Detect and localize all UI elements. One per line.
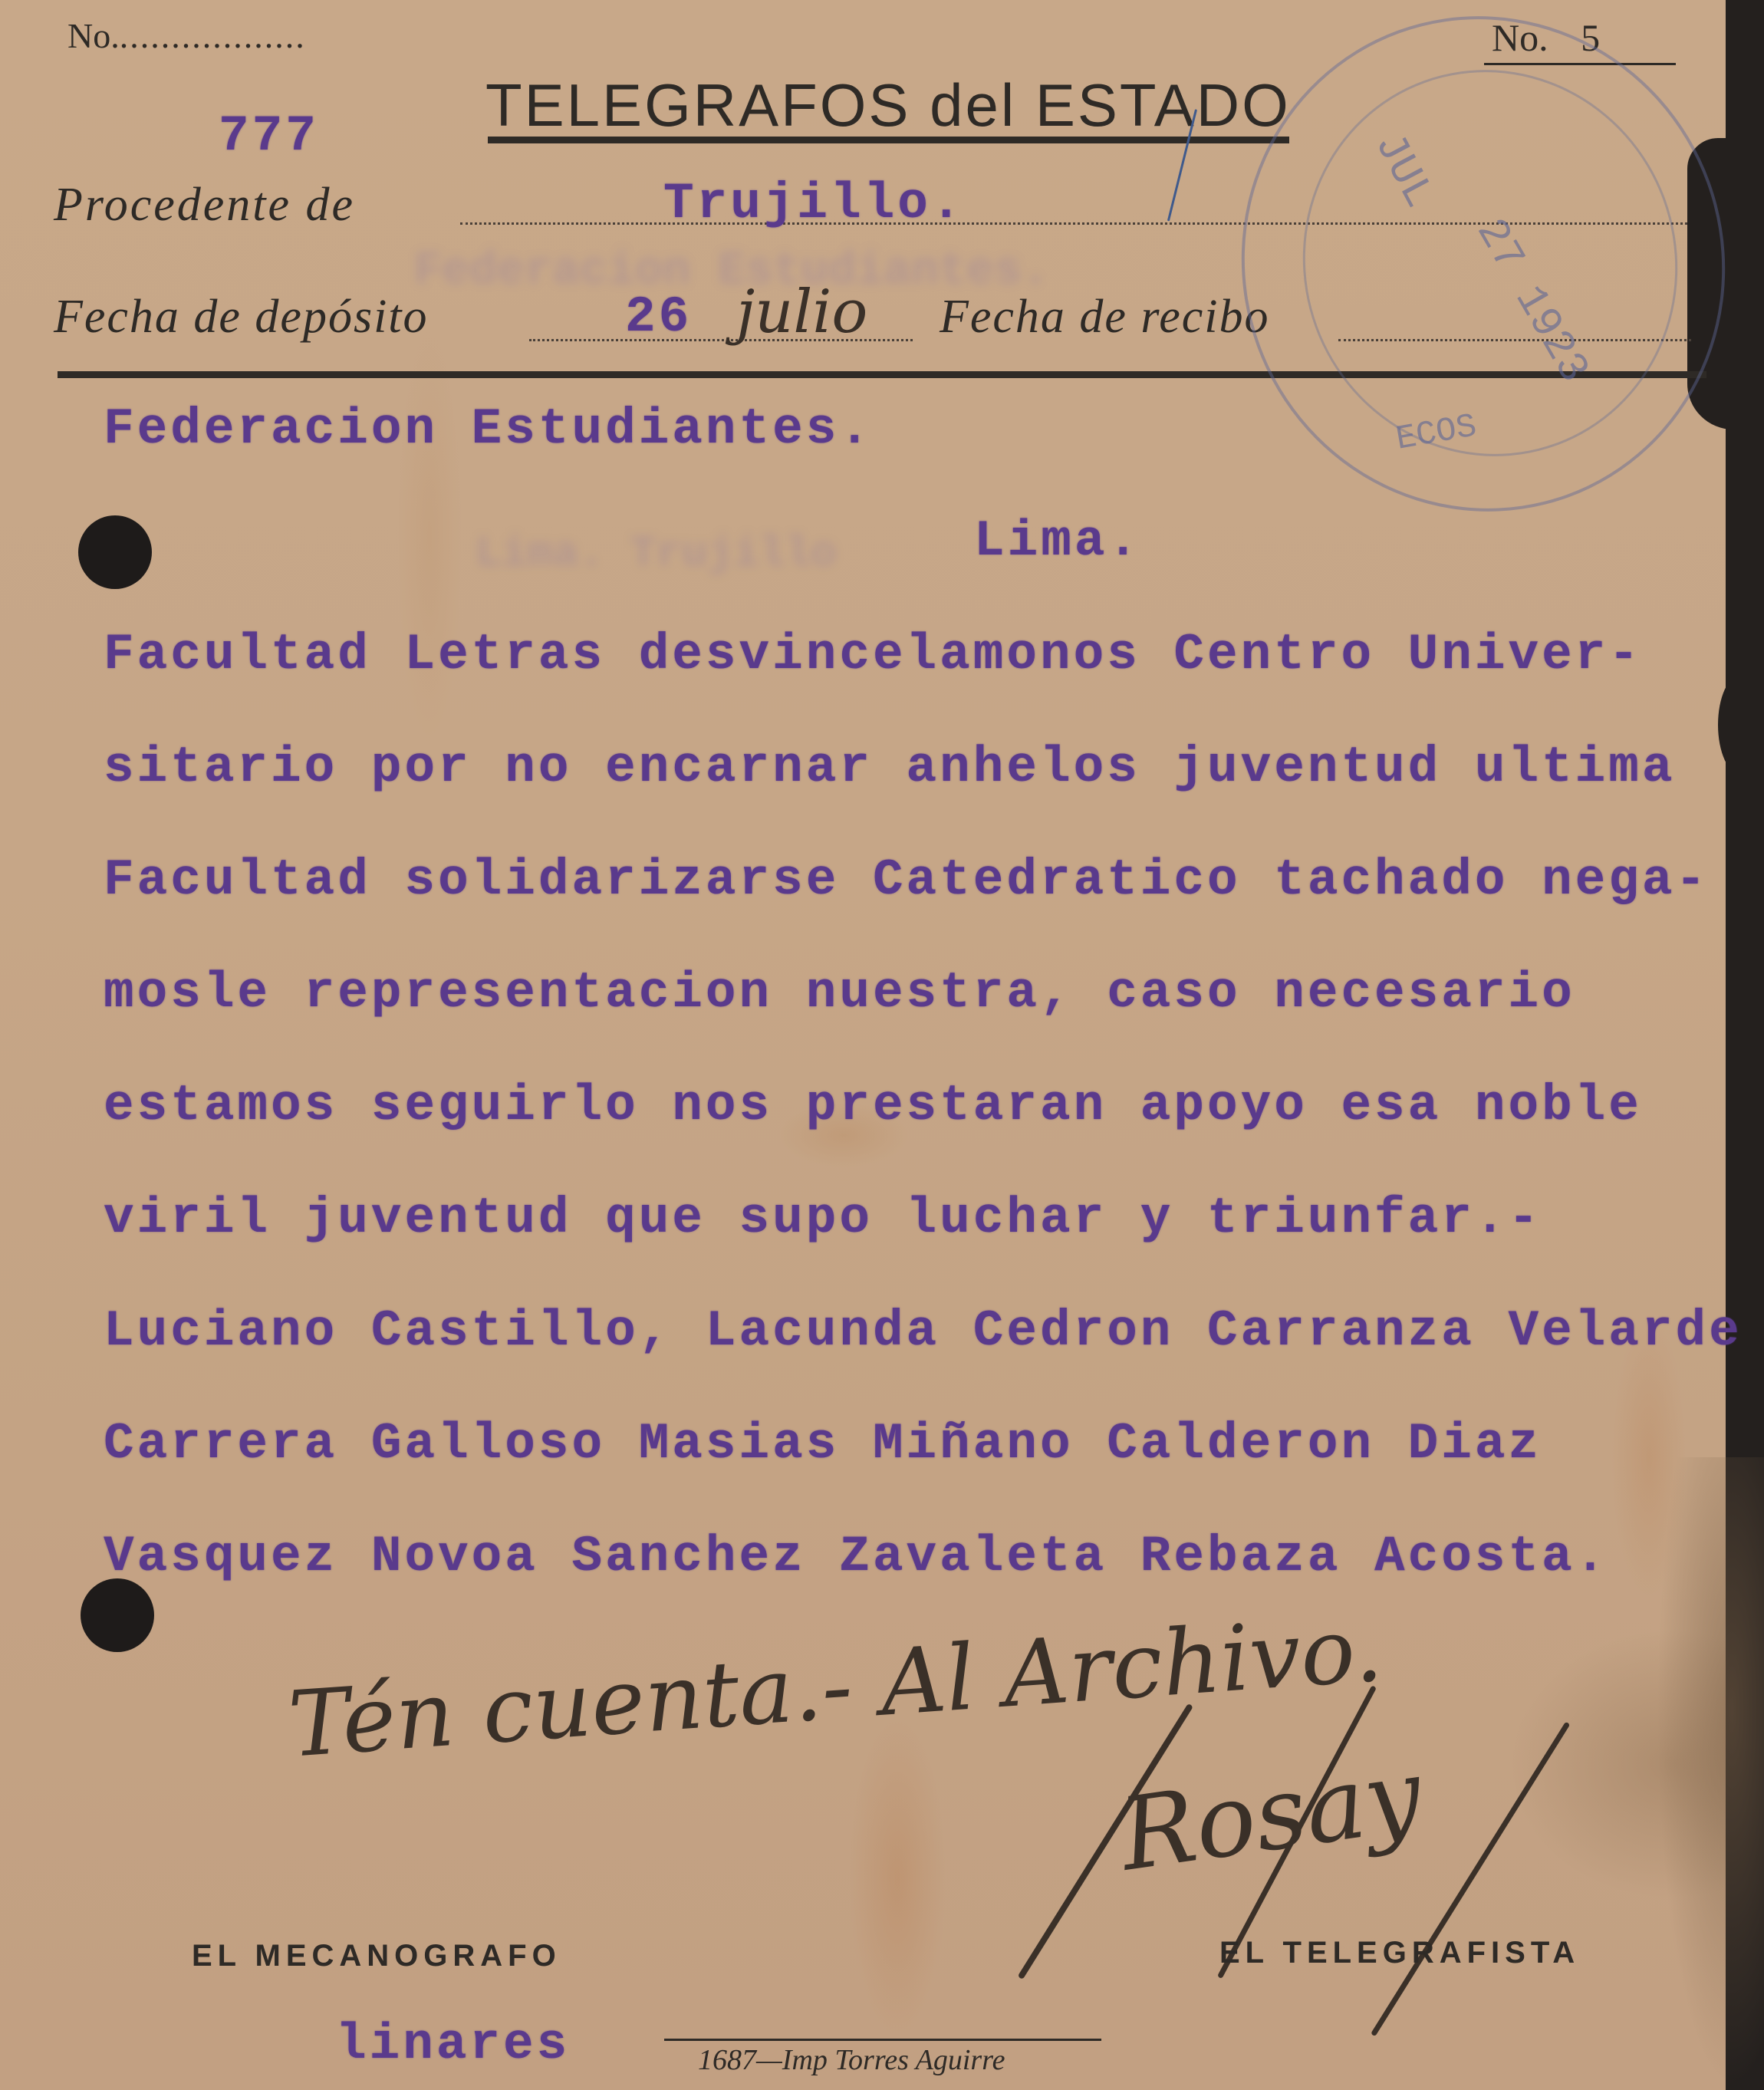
mecanografo-name: linares — [336, 2016, 570, 2073]
fecha-recibo-label: Fecha de recibo — [940, 290, 1270, 344]
imprint-rule — [664, 2039, 1101, 2041]
punch-hole-top — [78, 515, 152, 589]
body-line: estamos seguirlo nos prestaran apoyo esa… — [104, 1077, 1642, 1134]
body-line: Facultad solidarizarse Catedratico tacha… — [104, 851, 1709, 909]
city: Lima. — [974, 512, 1141, 570]
dotted-leader: .................. — [120, 16, 306, 55]
offset-ghost-text: Lima. Trujillo — [476, 529, 836, 578]
punch-hole-bottom — [81, 1578, 154, 1652]
serial-number: 777 — [219, 107, 319, 165]
procedente-label: Procedente de — [54, 178, 355, 232]
body-line: sitario por no encarnar anhelos juventud… — [104, 739, 1676, 796]
procedente-value: Trujillo. — [663, 175, 964, 232]
body-line: Facultad Letras desvincelamonos Centro U… — [104, 626, 1642, 683]
water-stain — [1657, 1457, 1764, 2090]
form-title: TELEGRAFOS del ESTADO — [485, 71, 1291, 140]
body-line: viril juventud que supo luchar y triunfa… — [104, 1190, 1542, 1247]
fecha-deposito-month-handwritten: julio — [736, 278, 867, 347]
body-line: mosle representacion nuestra, caso neces… — [104, 964, 1575, 1022]
fecha-deposito-day: 26 — [625, 288, 692, 346]
telegrafista-label: EL TELEGRAFISTA — [1219, 1936, 1580, 1970]
title-underline — [488, 137, 1289, 143]
printer-imprint: 1687—Imp Torres Aguirre — [698, 2043, 1005, 2077]
mecanografo-label: EL MECANOGRAFO — [192, 1939, 561, 1973]
body-line: Carrera Galloso Masias Miñano Calderon D… — [104, 1415, 1542, 1473]
addressee: Federacion Estudiantes. — [104, 400, 873, 458]
body-line: Vasquez Novoa Sanchez Zavaleta Rebaza Ac… — [104, 1528, 1608, 1585]
body-line: Luciano Castillo, Lacunda Cedron Carranz… — [104, 1302, 1743, 1360]
torn-edge — [1718, 675, 1764, 775]
no-left-label: No................... — [67, 15, 306, 56]
fecha-deposito-label: Fecha de depósito — [54, 290, 429, 344]
no-left-text: No. — [67, 16, 120, 55]
